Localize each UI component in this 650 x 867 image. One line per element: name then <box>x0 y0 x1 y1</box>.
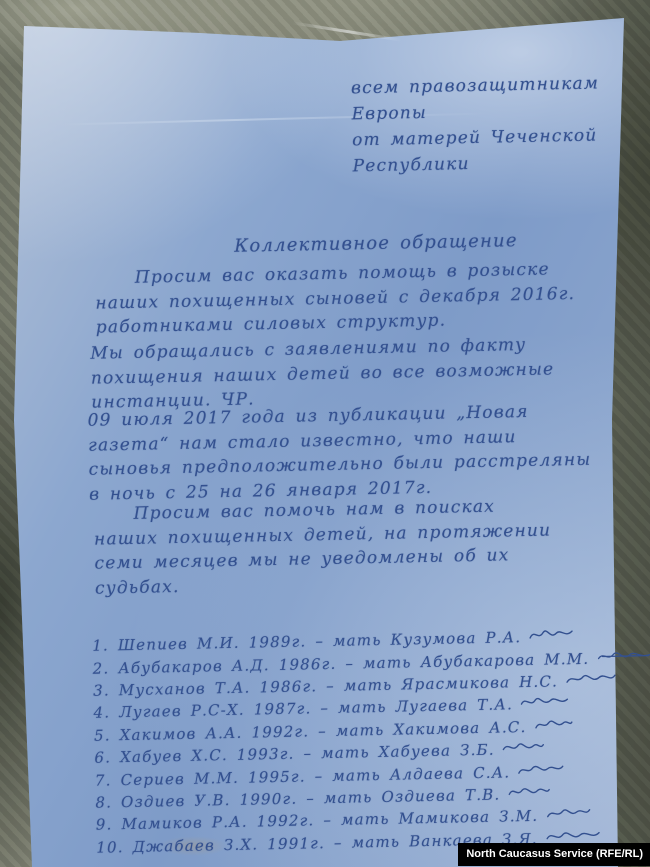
signature-icon <box>545 806 591 821</box>
recipient-line: всем правозащитникам <box>351 70 600 101</box>
paragraph: 09 июля 2017 года из публикации „Новая г… <box>87 399 592 507</box>
photo-of-letter: всем правозащитникам Европы от матерей Ч… <box>0 0 650 867</box>
signature-icon <box>502 740 546 755</box>
signature-icon <box>520 694 570 709</box>
signature-icon <box>565 671 617 686</box>
letter-title: Коллективное обращение <box>234 230 518 257</box>
recipient-line: Республики <box>352 148 601 179</box>
signatories-list: 1. Шепиев М.И. 1989г. – мать Кузумова Р.… <box>92 623 650 858</box>
recipient-block: всем правозащитникам Европы от матерей Ч… <box>351 70 601 179</box>
signature-icon <box>528 627 574 642</box>
signature-icon <box>596 648 650 663</box>
paragraph: Просим вас помочь нам в поисках наших по… <box>93 493 552 600</box>
recipient-line: от матерей Чеченской <box>352 122 601 153</box>
signature-icon <box>517 762 565 777</box>
signature-icon <box>533 717 573 732</box>
signature-icon <box>545 828 601 843</box>
handwritten-text-layer: всем правозащитникам Европы от матерей Ч… <box>0 0 650 867</box>
signature-icon <box>507 784 551 799</box>
photo-credit-badge: North Caucasus Service (RFE/RL) <box>458 843 650 866</box>
paragraph: Просим вас оказать помощь в розыске наши… <box>95 257 576 340</box>
